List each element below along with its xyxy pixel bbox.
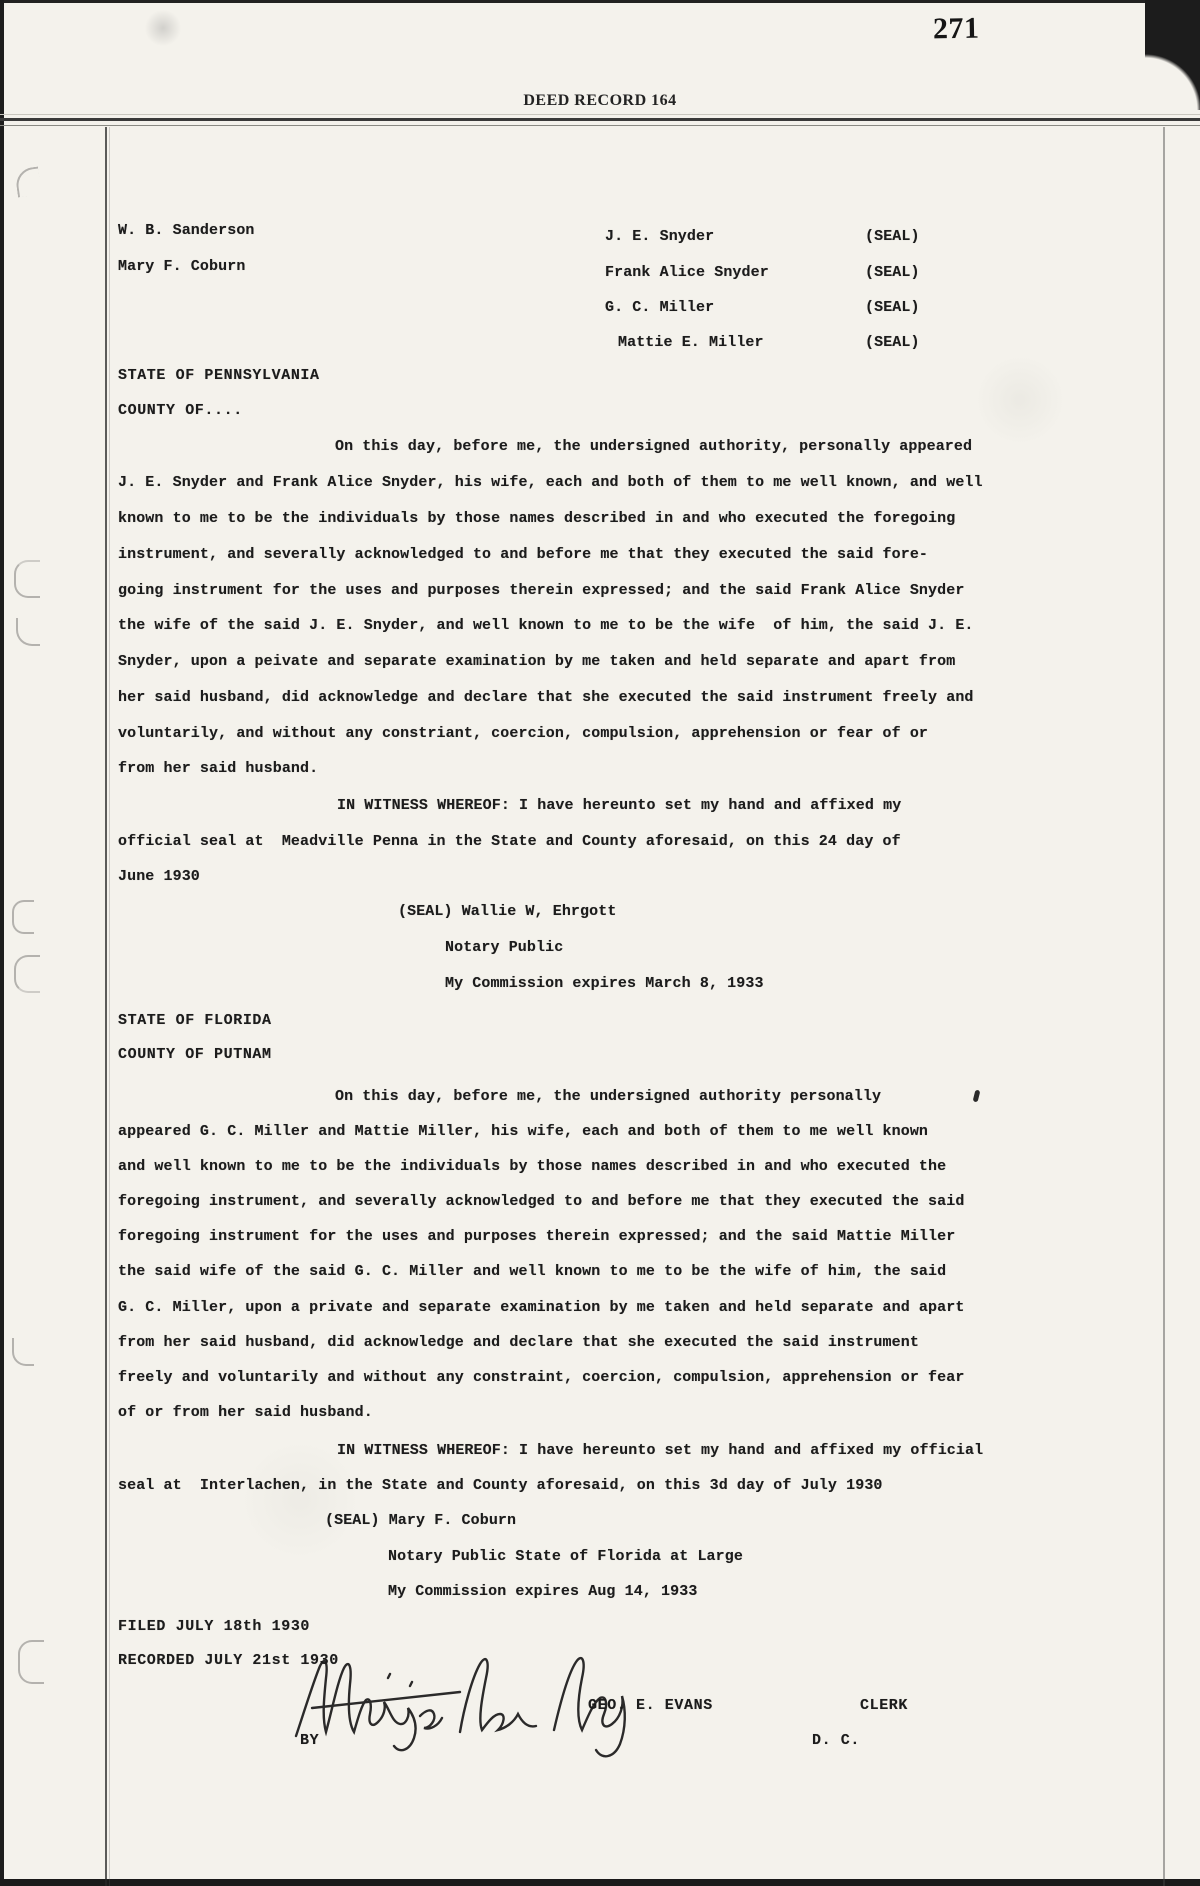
page-title: DEED RECORD 164 [0,92,1200,110]
body-line: and well known to me to be the individua… [118,1158,946,1175]
deputy-clerk-initials: D. C. [812,1732,860,1749]
witness-line: seal at Interlachen, in the State and Co… [118,1477,883,1494]
witness-line: June 1930 [118,868,200,885]
notary-title-line: Notary Public [445,939,563,956]
body-line: voluntarily, and without any constriant,… [118,725,928,742]
filed-line: FILED JULY 18th 1930 [118,1618,310,1635]
page-number: 271 [933,12,980,47]
left-margin-rule-shadow [109,127,110,1886]
scan-edge-left [0,0,4,1886]
left-margin-rule [105,127,107,1886]
grantor-name: Mary F. Coburn [118,258,245,275]
scan-edge-top [0,0,1185,3]
clerk-title: CLERK [860,1697,908,1714]
deed-record-page: 271 DEED RECORD 164 W. B. Sanderson Mary… [0,0,1200,1886]
body-line: On this day, before me, the undersigned … [335,438,972,455]
body-line: her said husband, did acknowledge and de… [118,689,974,706]
body-line: freely and voluntarily and without any c… [118,1369,964,1386]
seal-label: (SEAL) [865,264,920,281]
signer-name: J. E. Snyder [605,228,714,245]
state-heading: STATE OF PENNSYLVANIA [118,367,320,384]
margin-mark [14,166,42,197]
signer-name: G. C. Miller [605,299,714,316]
body-line: G. C. Miller, upon a private and separat… [118,1299,964,1316]
seal-label: (SEAL) [865,334,920,351]
signer-name: Frank Alice Snyder [605,264,769,281]
witness-line: official seal at Meadville Penna in the … [118,833,901,850]
county-heading: COUNTY OF PUTNAM [118,1046,272,1063]
margin-mark [16,618,40,646]
seal-label: (SEAL) [865,228,920,245]
right-margin-rule [1163,127,1165,1886]
body-line: from her said husband. [118,760,318,777]
state-heading: STATE OF FLORIDA [118,1012,272,1029]
header-rule [0,114,1200,115]
body-line: foregoing instrument, and severally ackn… [118,1193,964,1210]
notary-title-line: Notary Public State of Florida at Large [388,1548,743,1565]
body-line: Snyder, upon a peivate and separate exam… [118,653,955,670]
body-line: known to me to be the individuals by tho… [118,510,955,527]
margin-mark [12,1338,34,1366]
handwritten-signature [292,1652,642,1762]
header-rule [0,125,1200,126]
body-line: the said wife of the said G. C. Miller a… [118,1263,946,1280]
body-line: appeared G. C. Miller and Mattie Miller,… [118,1123,928,1140]
witness-line: IN WITNESS WHEREOF: I have hereunto set … [337,797,901,814]
county-heading: COUNTY OF.... [118,402,243,419]
body-line: of or from her said husband. [118,1404,373,1421]
seal-label: (SEAL) [865,299,920,316]
body-line: J. E. Snyder and Frank Alice Snyder, his… [118,474,983,491]
witness-line: IN WITNESS WHEREOF: I have hereunto set … [337,1442,983,1459]
header-rule [0,118,1200,121]
margin-mark [14,560,40,598]
body-line: the wife of the said J. E. Snyder, and w… [118,617,974,634]
notary-commission-line: My Commission expires March 8, 1933 [445,975,764,992]
body-line: On this day, before me, the undersigned … [335,1088,881,1105]
body-line: foregoing instrument for the uses and pu… [118,1228,955,1245]
signer-name: Mattie E. Miller [618,334,764,351]
margin-mark [12,900,34,934]
margin-mark [18,1640,44,1684]
body-line: instrument, and severally acknowledged t… [118,546,928,563]
margin-mark [14,955,40,993]
ink-blot [973,1090,981,1103]
notary-seal-line: (SEAL) Wallie W, Ehrgott [398,903,616,920]
notary-seal-line: (SEAL) Mary F. Coburn [325,1512,516,1529]
notary-commission-line: My Commission expires Aug 14, 1933 [388,1583,697,1600]
grantor-name: W. B. Sanderson [118,222,255,239]
scan-edge-bottom [0,1879,1200,1886]
body-line: from her said husband, did acknowledge a… [118,1334,919,1351]
body-line: going instrument for the uses and purpos… [118,582,964,599]
